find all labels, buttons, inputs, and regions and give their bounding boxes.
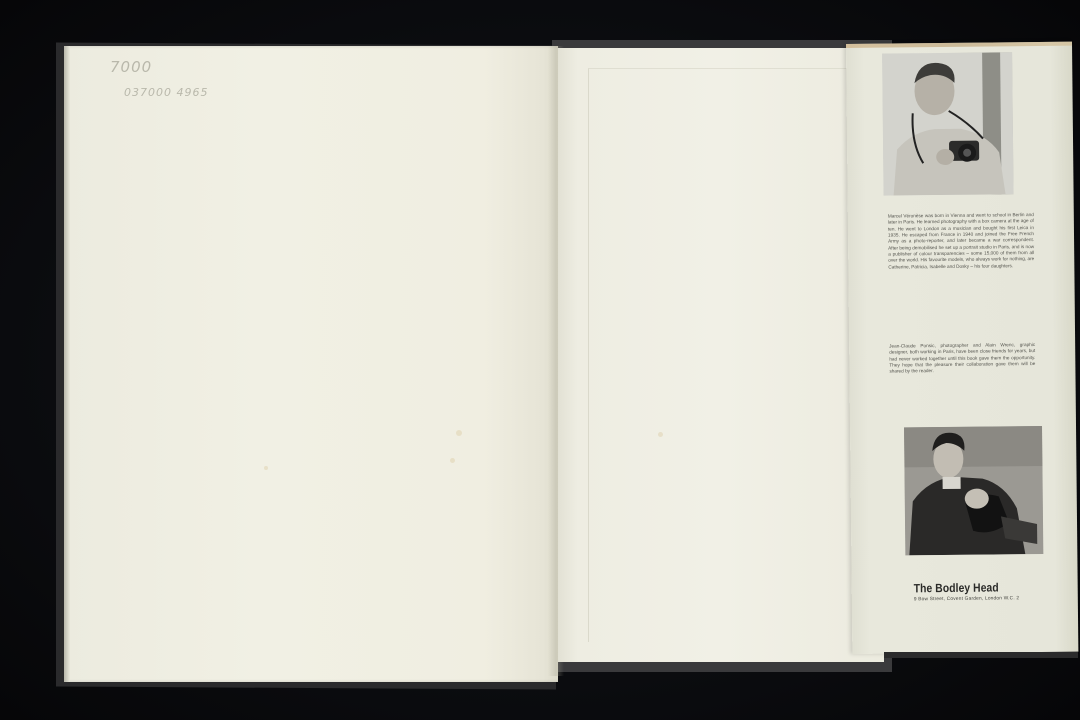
photographer-with-camera-icon — [882, 52, 1013, 195]
collaborator-photo — [904, 426, 1043, 555]
foxing-spot — [264, 466, 268, 470]
cover-board-edge-bottom — [884, 652, 1078, 658]
foxing-spot — [450, 458, 455, 463]
author-bio-text: Marcel Véronèse was born in Vienna and w… — [888, 212, 1035, 271]
man-with-camera-icon — [904, 426, 1043, 555]
hinge-crease — [588, 68, 884, 642]
pencil-note-code: 037000 4965 — [124, 86, 208, 99]
foxing-spot — [658, 432, 663, 437]
right-endpaper — [558, 48, 884, 662]
left-endpaper: 7000 037000 4965 — [64, 46, 558, 682]
collaborators-bio-text: Jean-Claude Ponsic, photographer and Ala… — [889, 342, 1035, 375]
dust-jacket-flap: Marcel Véronèse was born in Vienna and w… — [846, 42, 1078, 654]
foxing-spot — [456, 430, 462, 436]
author-photo — [882, 52, 1013, 195]
publisher-name: The Bodley Head — [914, 580, 999, 595]
pencil-note-price: 7000 — [110, 58, 152, 76]
publisher-address: 9 Bow Street, Covent Garden, London W.C.… — [914, 596, 1020, 602]
